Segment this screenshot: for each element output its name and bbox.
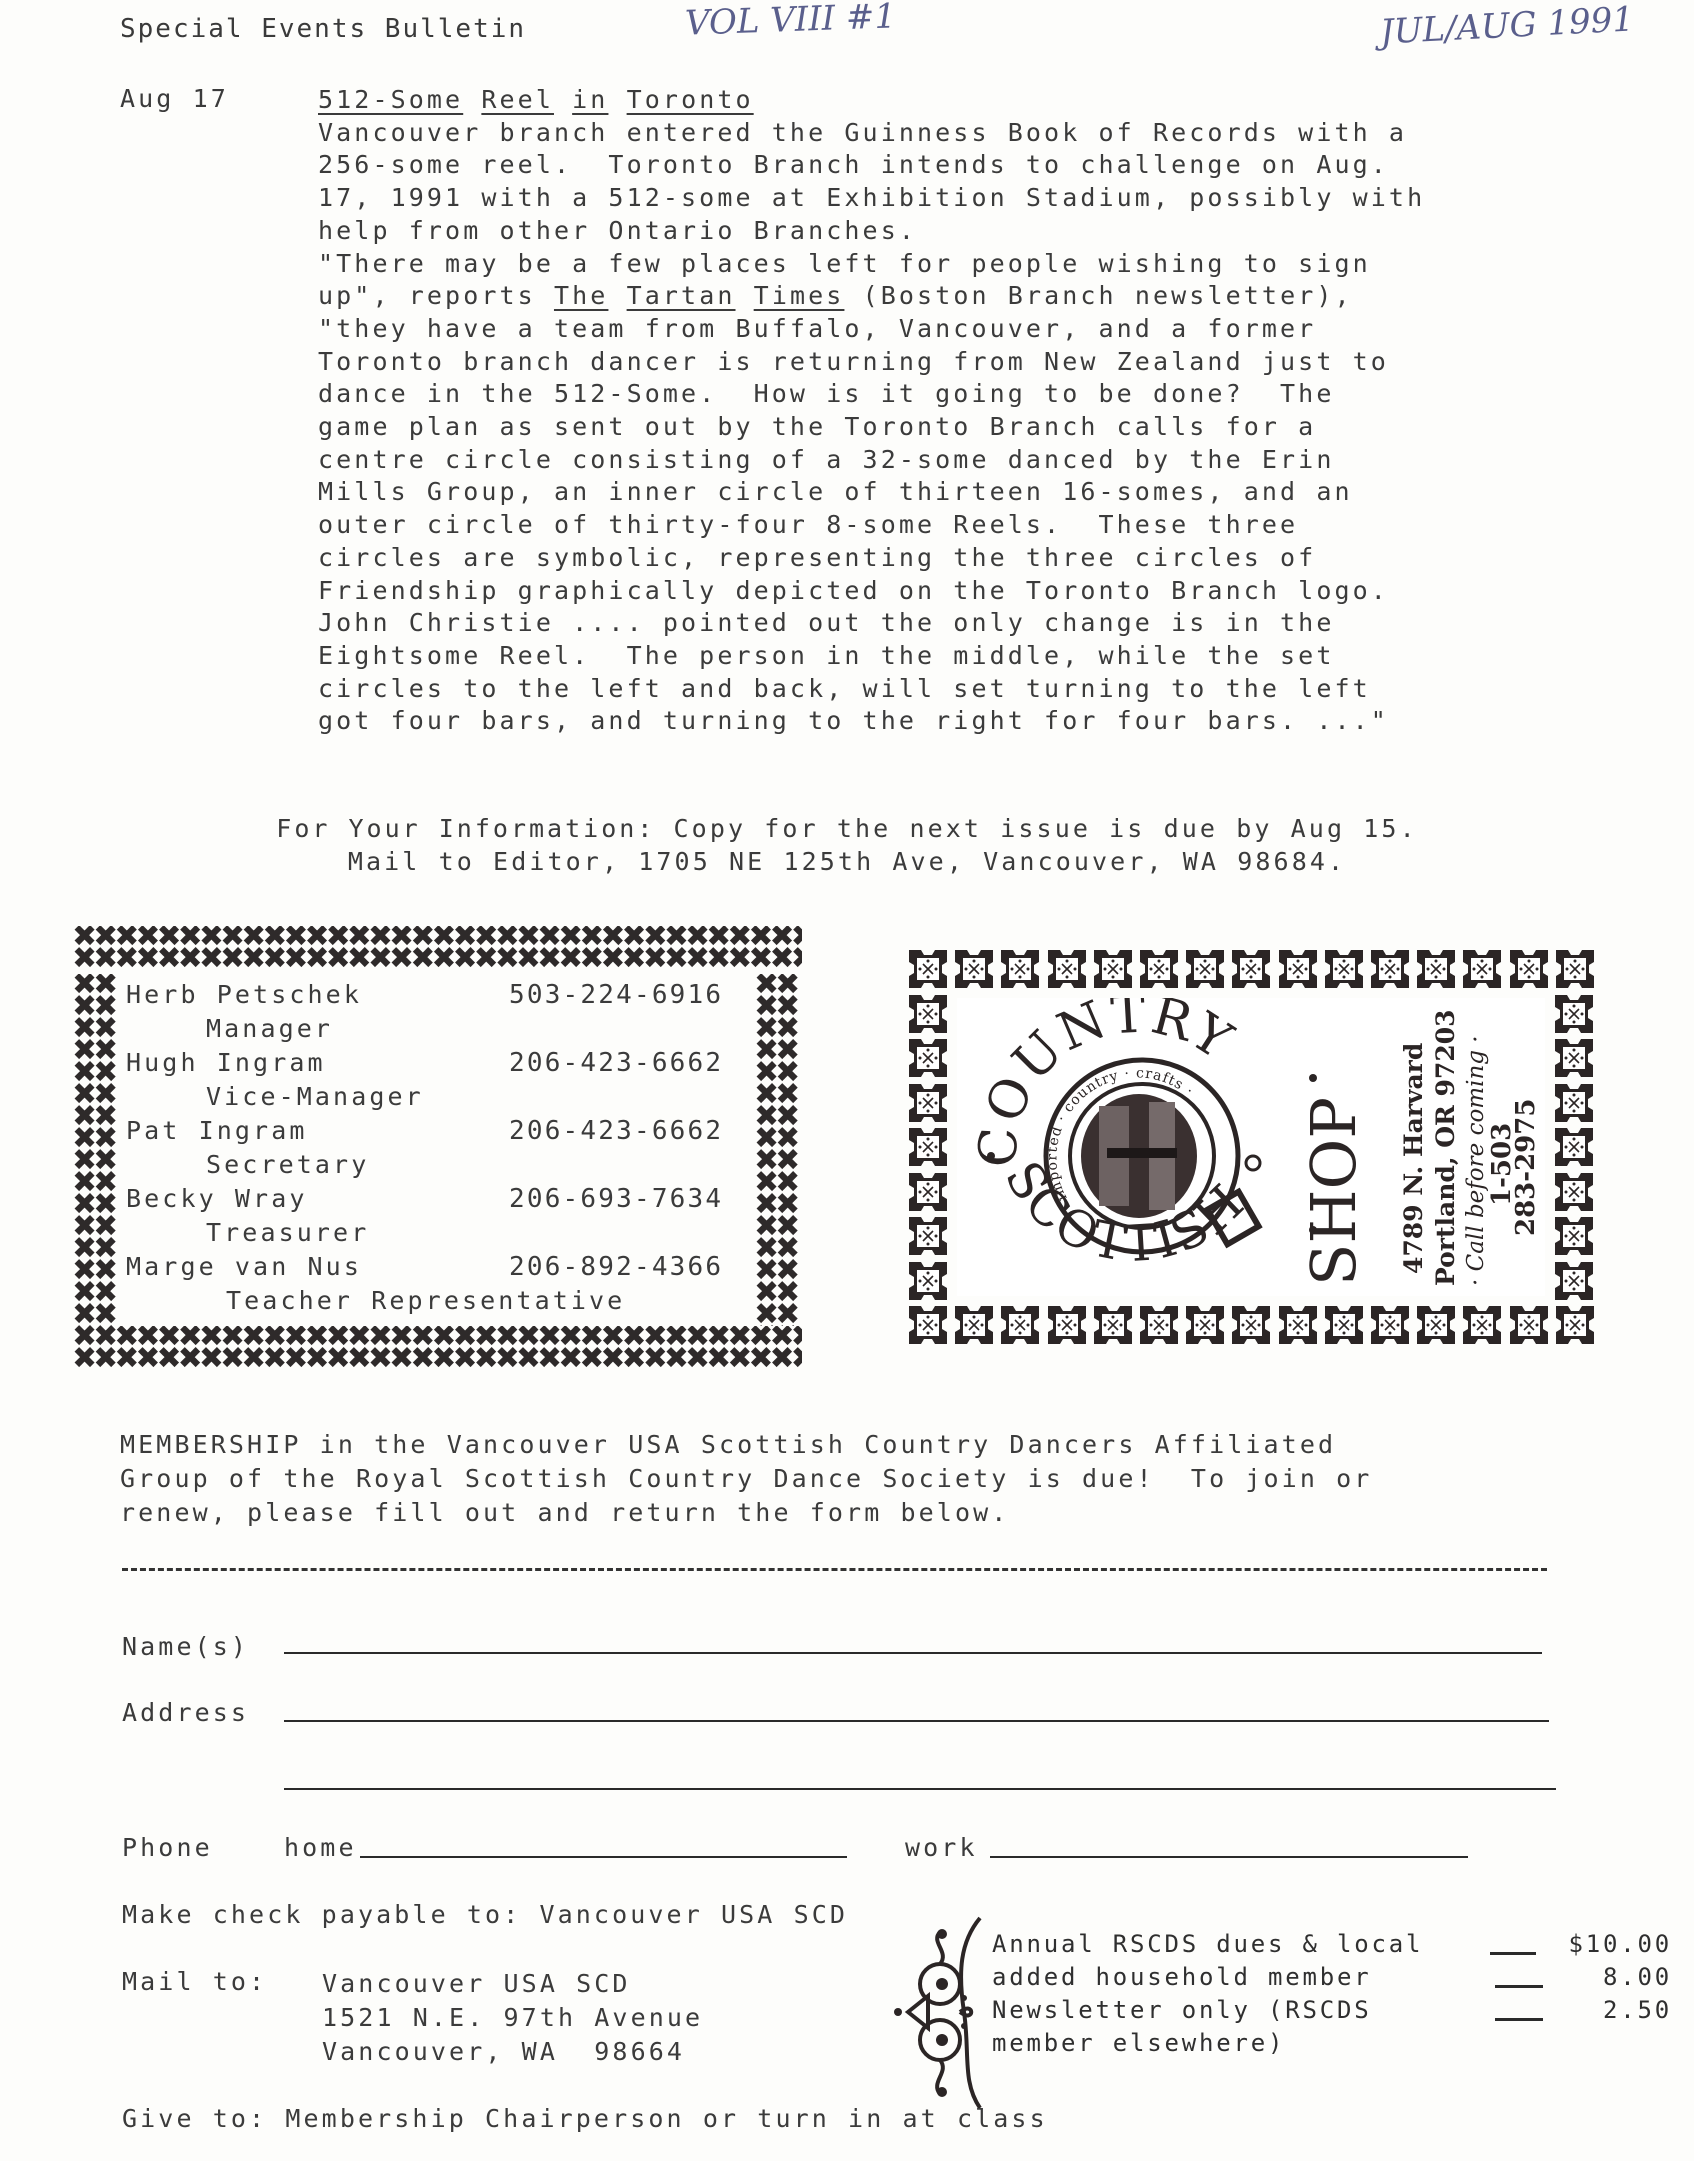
event-title: 512-Some Reel in Toronto [318, 84, 1568, 117]
give-to-note: Give to: Membership Chairperson or turn … [122, 2104, 1048, 2133]
floral-tile-icon [1321, 1302, 1367, 1348]
dues-amount: 2.50 [1552, 1994, 1672, 2027]
cross-stitch-border-bottom: ✖✖✖✖✖✖✖✖✖✖✖✖✖✖✖✖✖✖✖✖✖✖✖✖✖✖✖✖✖✖✖✖✖✖✖✖✖✖✖✖… [72, 1326, 802, 1374]
floral-tile-icon [1413, 1302, 1459, 1348]
officer-role: Teacher Representative [226, 1286, 625, 1315]
work-phone-label: work [905, 1833, 978, 1862]
address-label: Address [122, 1698, 249, 1727]
handwritten-volume-note: VOL VIII #1 [684, 0, 896, 44]
mail-to-address: Vancouver USA SCD 1521 N.E. 97th Avenue … [322, 1967, 703, 2069]
publication-title: Times [754, 281, 845, 310]
officer-phone: 206-892-4366 [509, 1252, 723, 1282]
floral-tile-icon [1551, 1258, 1597, 1304]
dues-label: member elsewhere) [992, 2027, 1285, 2060]
shop-ad-content: COUNTRY SCOTTISH imported · country · cr… [957, 998, 1545, 1296]
officer-name: Becky Wray [126, 1184, 308, 1213]
floral-tile-icon [1367, 946, 1413, 992]
officer-phone: 206-693-7634 [509, 1184, 723, 1214]
floral-tile-icon [1551, 1213, 1597, 1259]
floral-tile-icon [1044, 1302, 1090, 1348]
event-line: centre circle consisting of a 32-some da… [318, 444, 1568, 477]
officer-role: Vice-Manager [206, 1082, 424, 1111]
floral-tile-icon [951, 946, 997, 992]
officer-row: Hugh Ingram206-423-6662 [126, 1048, 756, 1082]
name-field[interactable] [284, 1652, 1542, 1654]
event-line: dance in the 512-Some. How is it going t… [318, 378, 1568, 411]
address-field-line2[interactable] [284, 1788, 1556, 1790]
officers-box: ✖✖✖✖✖✖✖✖✖✖✖✖✖✖✖✖✖✖✖✖✖✖✖✖✖✖✖✖✖✖✖✖✖✖✖✖✖✖✖✖… [72, 926, 802, 1376]
floral-tile-icon [1459, 1302, 1505, 1348]
floral-tile-icon [997, 1302, 1043, 1348]
event-line: "they have a team from Buffalo, Vancouve… [318, 313, 1568, 346]
floral-tile-icon [905, 1213, 951, 1259]
floral-tile-icon [1275, 1302, 1321, 1348]
floral-tile-icon [1182, 946, 1228, 992]
publication-title: Tartan [627, 281, 736, 310]
event-line: Vancouver branch entered the Guinness Bo… [318, 117, 1568, 150]
ornament-flourish-icon [880, 1912, 1000, 2112]
floral-tile-icon [905, 991, 951, 1037]
dues-amount: $10.00 [1552, 1928, 1672, 1961]
officer-role: Secretary [206, 1150, 369, 1179]
event-line: help from other Ontario Branches. [318, 215, 1568, 248]
publication-title: The [554, 281, 608, 310]
work-phone-field[interactable] [990, 1856, 1468, 1858]
floral-tile-icon [1506, 1302, 1552, 1348]
floral-tile-icon [1182, 1302, 1228, 1348]
floral-tile-icon [1136, 1302, 1182, 1348]
event-line: game plan as sent out by the Toronto Bra… [318, 411, 1568, 444]
mail-to-label: Mail to: [122, 1967, 267, 1996]
floral-tile-icon [1459, 946, 1505, 992]
membership-notice: MEMBERSHIP in the Vancouver USA Scottish… [120, 1428, 1372, 1530]
shop-address-line2: Portland, OR 97203 [1431, 1009, 1460, 1286]
shop-address-line1: 4789 N. Harvard [1399, 1043, 1428, 1274]
address-field-line1[interactable] [284, 1720, 1549, 1722]
event-line: 17, 1991 with a 512-some at Exhibition S… [318, 182, 1568, 215]
officer-row: Herb Petschek503-224-6916 [126, 980, 756, 1014]
cross-stitch-border-top: ✖✖✖✖✖✖✖✖✖✖✖✖✖✖✖✖✖✖✖✖✖✖✖✖✖✖✖✖✖✖✖✖✖✖✖✖✖✖✖✖… [72, 926, 802, 974]
handwritten-date-note: JUL/AUG 1991 [1379, 0, 1635, 53]
home-phone-label: home [284, 1833, 357, 1862]
dues-row: Newsletter only (RSCDS2.50 [992, 1994, 1672, 2027]
event-article: 512-Some Reel in Toronto Vancouver branc… [318, 84, 1568, 738]
officer-phone: 503-224-6916 [509, 980, 723, 1010]
shop-contact-block: SHOP 4789 N. Harvard Portland, OR 97203 … [1357, 1016, 1537, 1278]
floral-tile-icon [905, 1124, 951, 1170]
event-date: Aug 17 [120, 84, 229, 113]
floral-tile-icon [1552, 946, 1598, 992]
fyi-line2: Mail to Editor, 1705 NE 125th Ave, Vanco… [0, 845, 1694, 878]
scottish-country-shop-ad: COUNTRY SCOTTISH imported · country · cr… [905, 946, 1597, 1348]
floral-tile-icon [1551, 991, 1597, 1037]
event-line: circles to the left and back, will set t… [318, 673, 1568, 706]
dues-checkbox-blank[interactable] [1495, 1985, 1543, 1988]
floral-tile-icon [905, 1302, 951, 1348]
floral-tile-icon [951, 1302, 997, 1348]
event-line: "There may be a few places left for peop… [318, 248, 1568, 281]
check-payable-note: Make check payable to: Vancouver USA SCD [122, 1900, 848, 1929]
floral-tile-icon [1044, 946, 1090, 992]
dues-label: added household member [992, 1961, 1371, 1994]
event-line: got four bars, and turning to the right … [318, 705, 1568, 738]
floral-tile-icon [997, 946, 1043, 992]
cross-stitch-border-left: ✖✖ ✖✖ ✖✖ ✖✖ ✖✖ ✖✖ ✖✖ ✖✖ ✖✖ ✖✖ ✖✖ ✖✖ ✖✖ ✖… [72, 974, 120, 1326]
dues-row: member elsewhere) [992, 2027, 1672, 2060]
event-line: Friendship graphically depicted on the T… [318, 575, 1568, 608]
floral-tile-icon [905, 1258, 951, 1304]
event-line: circles are symbolic, representing the t… [318, 542, 1568, 575]
officer-phone: 206-423-6662 [509, 1048, 723, 1078]
officer-role: Manager [206, 1014, 333, 1043]
officer-name: Pat Ingram [126, 1116, 308, 1145]
officer-phone: 206-423-6662 [509, 1116, 723, 1146]
event-line: John Christie .... pointed out the only … [318, 607, 1568, 640]
shop-call-note: · Call before coming · [1463, 1035, 1489, 1286]
dues-checkbox-blank[interactable] [1490, 1952, 1536, 1955]
officer-name: Hugh Ingram [126, 1048, 326, 1077]
event-line: 256-some reel. Toronto Branch intends to… [318, 149, 1568, 182]
fyi-label: For Your Information: [276, 814, 655, 843]
officer-row: Marge van Nus206-892-4366 [126, 1252, 756, 1286]
shop-word: SHOP [1297, 1097, 1370, 1286]
floral-tile-icon [905, 946, 951, 992]
officer-name: Marge van Nus [126, 1252, 362, 1281]
cross-stitch-border-right: ✖✖ ✖✖ ✖✖ ✖✖ ✖✖ ✖✖ ✖✖ ✖✖ ✖✖ ✖✖ ✖✖ ✖✖ ✖✖ ✖… [754, 974, 802, 1326]
officer-row: Pat Ingram206-423-6662 [126, 1116, 756, 1150]
floral-tile-icon [1136, 946, 1182, 992]
floral-tile-icon [1228, 946, 1274, 992]
floral-tile-icon [905, 1169, 951, 1215]
event-line: Toronto branch dancer is returning from … [318, 346, 1568, 379]
officers-list: Herb Petschek503-224-6916ManagerHugh Ing… [126, 980, 756, 1320]
floral-tile-icon [1551, 1124, 1597, 1170]
floral-tile-icon [1090, 1302, 1136, 1348]
dues-row: added household member8.00 [992, 1961, 1672, 1994]
floral-tile-icon [1090, 946, 1136, 992]
floral-tile-icon [1551, 1169, 1597, 1215]
home-phone-field[interactable] [360, 1856, 847, 1858]
event-line: Eightsome Reel. The person in the middle… [318, 640, 1568, 673]
officer-name: Herb Petschek [126, 980, 362, 1009]
floral-tile-icon [1413, 946, 1459, 992]
dues-table: Annual RSCDS dues & local$10.00added hou… [992, 1928, 1672, 2060]
floral-tile-icon [1551, 1080, 1597, 1126]
cut-here-dashed-line [122, 1568, 1547, 1571]
floral-tile-icon [1506, 946, 1552, 992]
floral-tile-icon [905, 1080, 951, 1126]
dues-checkbox-blank[interactable] [1495, 2018, 1543, 2021]
floral-tile-icon [905, 1035, 951, 1081]
shop-phone-number: 283-2975 [1511, 1099, 1541, 1236]
dues-row: Annual RSCDS dues & local$10.00 [992, 1928, 1672, 1961]
event-line: Mills Group, an inner circle of thirteen… [318, 476, 1568, 509]
dues-label: Annual RSCDS dues & local [992, 1928, 1423, 1961]
fyi-line1: Copy for the next issue is due by Aug 15… [674, 814, 1418, 843]
event-line: outer circle of thirty-four 8-some Reels… [318, 509, 1568, 542]
floral-tile-icon [1552, 1302, 1598, 1348]
floral-tile-icon [1228, 1302, 1274, 1348]
dues-label: Newsletter only (RSCDS [992, 1994, 1371, 2027]
fyi-notice: For Your Information: Copy for the next … [0, 812, 1694, 878]
event-paragraph: Vancouver branch entered the Guinness Bo… [318, 117, 1568, 738]
officer-row: Becky Wray206-693-7634 [126, 1184, 756, 1218]
floral-tile-icon [1367, 1302, 1413, 1348]
event-line: up", reports The Tartan Times (Boston Br… [318, 280, 1568, 313]
dues-amount: 8.00 [1552, 1961, 1672, 1994]
floral-tile-icon [1321, 946, 1367, 992]
bulletin-title: Special Events Bulletin [120, 14, 526, 44]
phone-label: Phone [122, 1833, 213, 1862]
floral-tile-icon [1551, 1035, 1597, 1081]
floral-tile-icon [1275, 946, 1321, 992]
name-label: Name(s) [122, 1632, 249, 1661]
officer-role: Treasurer [206, 1218, 369, 1247]
